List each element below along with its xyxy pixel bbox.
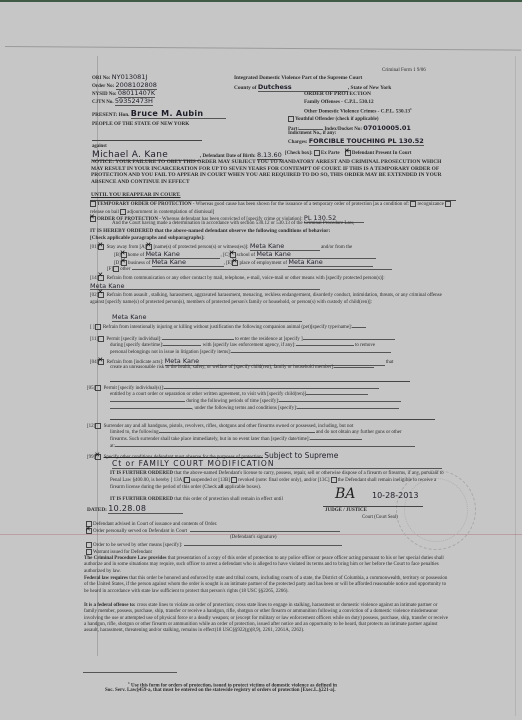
- c11-checkbox[interactable]: [98, 336, 104, 342]
- applicable-text: applicable boxes).: [223, 485, 261, 490]
- ex-parte-checkbox[interactable]: [314, 150, 320, 156]
- temp-order-text: - Whereas good cause has been shown for …: [192, 202, 410, 207]
- hereby-ordered: IT IS HEREBY ORDERED that the above-name…: [90, 228, 330, 234]
- dated-value: 10.28.08: [108, 504, 183, 514]
- c14-value: Meta Kane: [90, 283, 320, 290]
- warrant-checkbox[interactable]: [86, 549, 92, 555]
- c11-individual: Permit [specify individual]:: [106, 337, 161, 342]
- advised-label: Defendant advised in Court of issuance a…: [93, 522, 217, 527]
- youthful-checkbox[interactable]: [288, 116, 294, 122]
- federal-text: that this order be honored and enforced …: [84, 576, 447, 594]
- c12-surrender: firearms. Such surrender shall take plac…: [110, 437, 310, 442]
- c04-checkbox[interactable]: [98, 359, 104, 365]
- 13a-checkbox[interactable]: [184, 477, 190, 483]
- c11-residence: to enter the residence at [specify ]: [235, 337, 303, 342]
- c01-checkbox[interactable]: [98, 244, 104, 250]
- c11-items: personal belongings not in issue in liti…: [110, 350, 231, 355]
- against-label: against: [92, 144, 107, 149]
- federal-lead: Federal law requires: [84, 576, 128, 581]
- c12-text1: Surrender any and all handguns, pistols,…: [104, 424, 354, 429]
- c99-value2: Ct or FAMILY COURT MODIFICATION: [112, 459, 442, 469]
- revoked-text: revoked (note: final order only), and/or…: [238, 479, 329, 484]
- c11-agency: with [specify law enforcement agency, if…: [203, 343, 296, 348]
- pet-text: Refrain from intentionally injuring or k…: [103, 325, 352, 330]
- c04-tail: that: [386, 360, 394, 365]
- c12-following: limited to, the following: [110, 430, 159, 435]
- offense-text: cross state lines to violate an order of…: [84, 603, 448, 633]
- people-label: PEOPLE OF THE STATE OF NEW YORK: [92, 121, 189, 127]
- served-label: Order personally served on Defendant in …: [93, 529, 187, 534]
- c01f-text: other: [120, 267, 130, 272]
- judge-signature: BA: [335, 486, 355, 502]
- judge-label: JUDGE / JUSTICE: [325, 508, 367, 513]
- footnote-line2: Soc. Serv. Law§459-a, that must be enter…: [105, 688, 336, 693]
- c01d-checkbox[interactable]: [121, 260, 127, 266]
- further-ordered-2: IT IS FURTHER ORDERED: [110, 497, 173, 502]
- bail-checkbox[interactable]: [445, 201, 451, 207]
- defendant-signature-label: (Defendant's signature): [230, 535, 277, 540]
- court-line: Integrated Domestic Violence Part of the…: [234, 75, 362, 81]
- county-label: County of: [234, 85, 257, 91]
- c11-code: [11]: [90, 337, 98, 342]
- c02-text: Refrain from assault , stalking, harassm…: [90, 293, 442, 304]
- recognizance-checkbox[interactable]: [410, 201, 416, 207]
- index-value: 07010005.01: [363, 124, 411, 132]
- further-ordered-1: IT IS FURTHER ORDERED: [110, 471, 173, 476]
- c02-checkbox[interactable]: [98, 292, 104, 298]
- c01f-checkbox[interactable]: [113, 266, 119, 272]
- indictment-label: Indictment No., if any:: [288, 131, 336, 136]
- cjtn-value: 59352473H: [115, 97, 153, 106]
- final-order-checkbox[interactable]: [90, 216, 96, 222]
- ex-parte-label: Ex Parte: [321, 151, 340, 156]
- pet-checkbox[interactable]: [95, 324, 101, 330]
- c02-value: Meta Kane: [112, 313, 302, 322]
- check-box-label: [Check box]:: [285, 151, 313, 156]
- federal-offense-paragraph: It is a federal offense to: cross state …: [84, 603, 450, 634]
- other-dv-crimes: Other Domestic Violence Crimes - C.P.L. …: [304, 109, 410, 115]
- federal-paragraph: Federal law requires that this order be …: [84, 576, 450, 595]
- c04-text2: create an unreasonable risk to the healt…: [110, 365, 334, 370]
- c14-text: Refrain from communication or any other …: [107, 276, 385, 281]
- 13b-checkbox[interactable]: [231, 477, 237, 483]
- other-means-checkbox[interactable]: [86, 542, 92, 548]
- offense-lead: It is a federal offense to:: [84, 603, 136, 608]
- order-title: ORDER OF PROTECTION: [304, 91, 371, 97]
- c12-checkbox[interactable]: [95, 423, 101, 429]
- present-in-court-label: Defendant Present In Court: [352, 151, 412, 156]
- warrant-label: Warrant issued for Defendant: [93, 550, 152, 555]
- charges-label: Charges:: [288, 140, 307, 145]
- c05-visit: entitled by a court order or separation …: [110, 392, 306, 397]
- top-edge: [0, 0, 522, 2]
- present-label: PRESENT: Hon.: [92, 112, 129, 118]
- temp-order-label: TEMPORARY ORDER OF PROTECTION: [97, 202, 192, 207]
- dated-label: DATED:: [87, 507, 107, 513]
- dated-row: DATED: 10.28.08: [87, 504, 183, 514]
- served-checkbox[interactable]: [86, 528, 92, 534]
- c11-remove: to remove: [355, 343, 375, 348]
- c99-checkbox[interactable]: [95, 454, 101, 460]
- family-offenses: Family Offenses - C.P.L. 530.12: [304, 99, 374, 105]
- c14-checkbox[interactable]: [98, 275, 104, 281]
- c05-periods: during the following periods of time [sp…: [186, 399, 279, 404]
- form-id: Criminal Form 1 9/06: [382, 68, 426, 73]
- judge-name: Bruce M. Aubin: [131, 109, 226, 119]
- right-edge-line: [515, 56, 516, 716]
- recognizance-label: recognizance: [417, 202, 443, 207]
- effect-text: that this order of protection shall rema…: [173, 497, 283, 502]
- determination-text: And the Court having made a determinatio…: [112, 221, 354, 226]
- seal-label: Court (Court Seal): [362, 515, 398, 520]
- defendant-signature-line: [190, 531, 340, 532]
- c05-individual: Permit [specify individual(s)]:: [104, 386, 165, 391]
- ori-value: NY013081J: [112, 73, 148, 81]
- c12-obtain: and do not obtain any further guns or ot…: [316, 430, 402, 435]
- c01a-checkbox[interactable]: [146, 244, 152, 250]
- cjtn-label: CJTN No.: [92, 100, 114, 105]
- c11-date: during [specify date/time]:: [110, 343, 163, 348]
- notice-last: UNTIL YOU REAPPEAR IN COURT.: [91, 192, 181, 199]
- suspended-text: suspended or [13B]: [191, 479, 230, 484]
- present-in-court-checkbox[interactable]: [345, 150, 351, 156]
- cpl-paragraph: The Criminal Procedure Law provides that…: [84, 556, 450, 575]
- notice-text: NOTICE: YOUR FAILURE TO OBEY THIS ORDER …: [91, 159, 453, 185]
- other-means-label: Order to be served by other means [speci…: [93, 543, 182, 548]
- 13c-checkbox[interactable]: [331, 477, 337, 483]
- page-fold-line: [5, 46, 521, 51]
- condition-pet: [ ] Refrain from intentionally injuring …: [90, 324, 366, 330]
- cpl-lead: The Criminal Procedure Law provides: [84, 556, 167, 561]
- footnote-ref: 1: [410, 107, 412, 111]
- until-date: 10-28-2013: [372, 491, 419, 500]
- c12-code: [12]: [87, 424, 95, 429]
- c05-checkbox[interactable]: [95, 385, 101, 391]
- c01e-checkbox[interactable]: [232, 260, 238, 266]
- c05-code: [05]: [87, 386, 95, 391]
- c05-terms: , under the following terms and conditio…: [192, 406, 297, 411]
- youthful-label: Youthful Offender (check if applicable): [295, 117, 379, 122]
- temp-order-checkbox[interactable]: [90, 201, 96, 207]
- charges-value: FORCIBLE TOUCHING PL 130.52: [309, 137, 424, 146]
